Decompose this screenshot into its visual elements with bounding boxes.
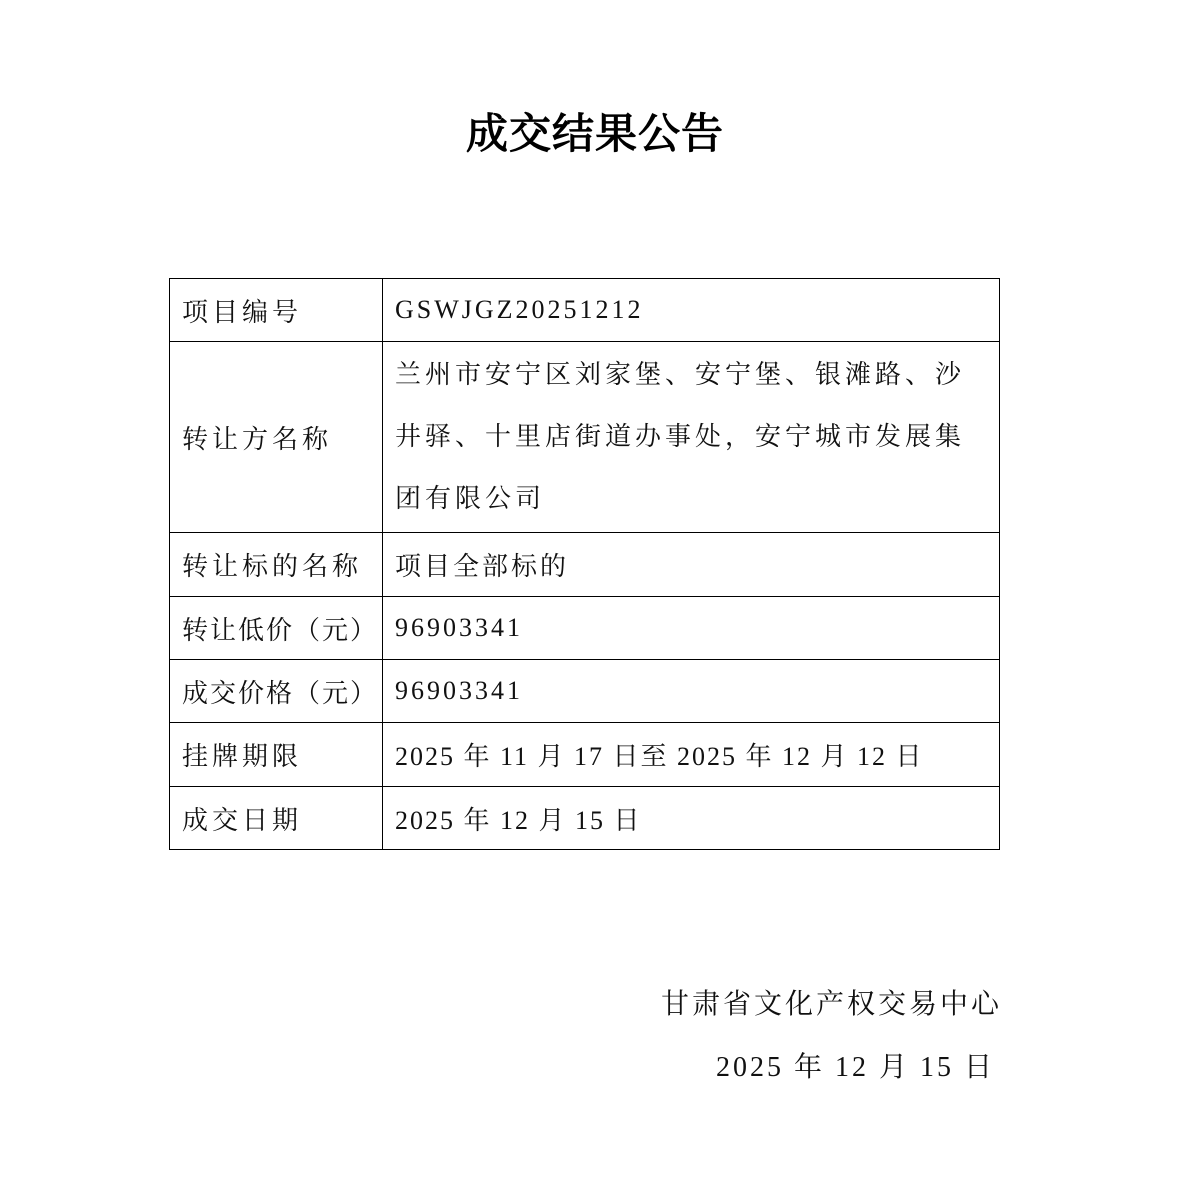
label-project-number: 项目编号 bbox=[170, 279, 383, 342]
table-row-deal-date: 成交日期 2025 年 12 月 15 日 bbox=[170, 787, 1000, 850]
label-listing-period: 挂牌期限 bbox=[170, 723, 383, 787]
page-title: 成交结果公告 bbox=[0, 106, 1190, 162]
value-deal-date: 2025 年 12 月 15 日 bbox=[383, 787, 1000, 850]
value-reserve-price: 96903341 bbox=[383, 597, 1000, 660]
label-deal-date: 成交日期 bbox=[170, 787, 383, 850]
table-row-subject-name: 转让标的名称 项目全部标的 bbox=[170, 533, 1000, 597]
value-deal-price: 96903341 bbox=[383, 660, 1000, 723]
value-project-number: GSWJGZ20251212 bbox=[383, 279, 1000, 342]
label-deal-price: 成交价格（元） bbox=[170, 660, 383, 723]
label-subject-name: 转让标的名称 bbox=[170, 533, 383, 597]
table-row-deal-price: 成交价格（元） 96903341 bbox=[170, 660, 1000, 723]
signature-organization: 甘肃省文化产权交易中心 bbox=[0, 982, 1002, 1022]
signature-date: 2025 年 12 月 15 日 bbox=[0, 1045, 995, 1085]
label-transferor-name: 转让方名称 bbox=[170, 342, 383, 533]
table-row-project-number: 项目编号 GSWJGZ20251212 bbox=[170, 279, 1000, 342]
value-listing-period: 2025 年 11 月 17 日至 2025 年 12 月 12 日 bbox=[383, 723, 1000, 787]
value-transferor-name: 兰州市安宁区刘家堡、安宁堡、银滩路、沙井驿、十里店街道办事处，安宁城市发展集团有… bbox=[383, 342, 1000, 533]
table-row-reserve-price: 转让低价（元） 96903341 bbox=[170, 597, 1000, 660]
table-row-transferor-name: 转让方名称 兰州市安宁区刘家堡、安宁堡、银滩路、沙井驿、十里店街道办事处，安宁城… bbox=[170, 342, 1000, 533]
result-table: 项目编号 GSWJGZ20251212 转让方名称 兰州市安宁区刘家堡、安宁堡、… bbox=[169, 278, 1000, 850]
table-row-listing-period: 挂牌期限 2025 年 11 月 17 日至 2025 年 12 月 12 日 bbox=[170, 723, 1000, 787]
value-subject-name: 项目全部标的 bbox=[383, 533, 1000, 597]
label-reserve-price: 转让低价（元） bbox=[170, 597, 383, 660]
